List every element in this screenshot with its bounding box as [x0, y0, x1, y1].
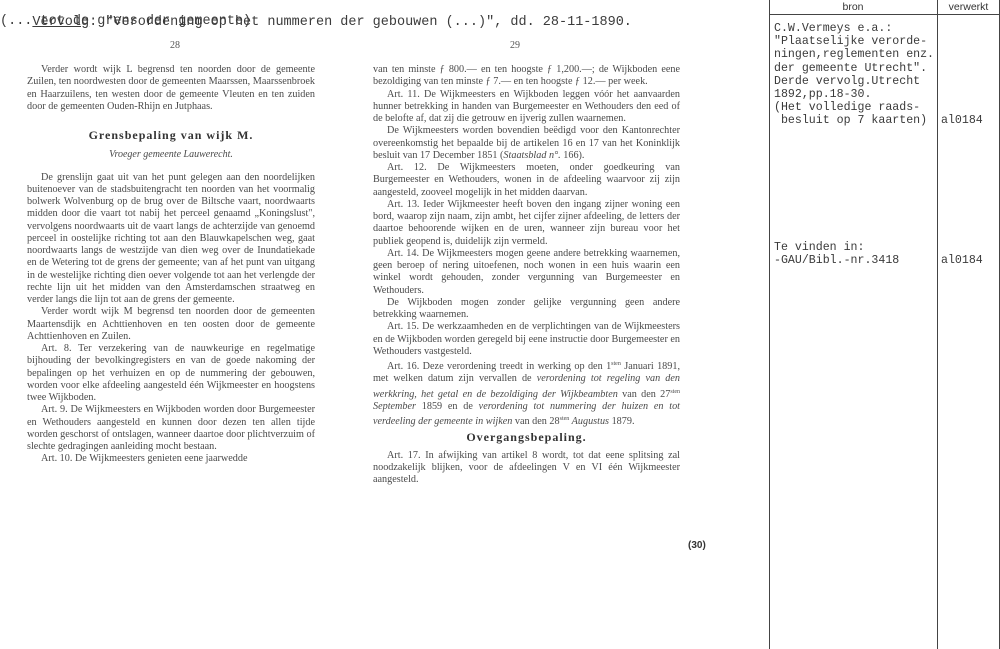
article-15: Art. 15. De werkzaamheden en de verplich…: [373, 321, 680, 358]
table-row-2-verwerkt: al0184: [941, 254, 983, 267]
table-row-2-bron: Te vinden in: -GAU/Bibl.-nr.3418: [774, 241, 899, 267]
article-14: Art. 14. De Wijkmeesters mogen geene and…: [373, 248, 680, 297]
table-column-divider: [937, 0, 938, 649]
table-border-left: [769, 0, 770, 649]
table-header-divider: [769, 14, 1000, 15]
margin-annotation: (30): [688, 540, 706, 551]
article-17: Art. 17. In afwijking van artikel 8 word…: [373, 450, 680, 487]
table-row-1-verwerkt: al0184: [941, 114, 983, 127]
article-16: Art. 16. Deze verordening treedt in werk…: [373, 358, 680, 428]
paragraph: Verder wordt wijk L begrensd ten noorden…: [27, 64, 315, 113]
source-table: bron verwerkt C.W.Vermeys e.a.: "Plaatse…: [769, 0, 1000, 649]
section-subheading: Vroeger gemeente Lauwerecht.: [27, 149, 315, 161]
article-9: Art. 9. De Wijkmeesters en Wijkboden wor…: [27, 404, 315, 453]
paragraph: De Wijkmeesters worden bovendien beëdigd…: [373, 125, 680, 162]
article-8: Art. 8. Ter verzekering van de nauwkeuri…: [27, 343, 315, 404]
section-heading: Grensbepaling van wijk M.: [27, 129, 315, 141]
column-header-verwerkt: verwerkt: [938, 1, 999, 13]
article-12: Art. 12. De Wijkmeesters moeten, onder g…: [373, 162, 680, 199]
paragraph: De Wijkboden mogen zonder gelijke vergun…: [373, 297, 680, 322]
left-page-column: Verder wordt wijk L begrensd ten noorden…: [27, 64, 315, 466]
article-13: Art. 13. Ieder Wijkmeester heeft boven d…: [373, 199, 680, 248]
left-page-number: 28: [170, 40, 180, 51]
right-page-column: van ten minste ƒ 800.— en ten hoogste ƒ …: [373, 64, 680, 486]
paragraph: van ten minste ƒ 800.— en ten hoogste ƒ …: [373, 64, 680, 89]
header-subtitle: (... tot de grens der gemeente): [0, 15, 251, 29]
table-row-1-bron: C.W.Vermeys e.a.: "Plaatselijke verorde-…: [774, 22, 934, 128]
article-11: Art. 11. De Wijkmeesters en Wijkboden le…: [373, 89, 680, 126]
paragraph: Verder wordt wijk M begrensd ten noorden…: [27, 306, 315, 343]
paragraph: De grenslijn gaat uit van het punt geleg…: [27, 172, 315, 307]
right-page-number: 29: [510, 40, 520, 51]
section-heading: Overgangsbepaling.: [373, 431, 680, 443]
column-header-bron: bron: [769, 1, 937, 13]
article-10: Art. 10. De Wijkmeesters genieten eene j…: [27, 453, 315, 465]
